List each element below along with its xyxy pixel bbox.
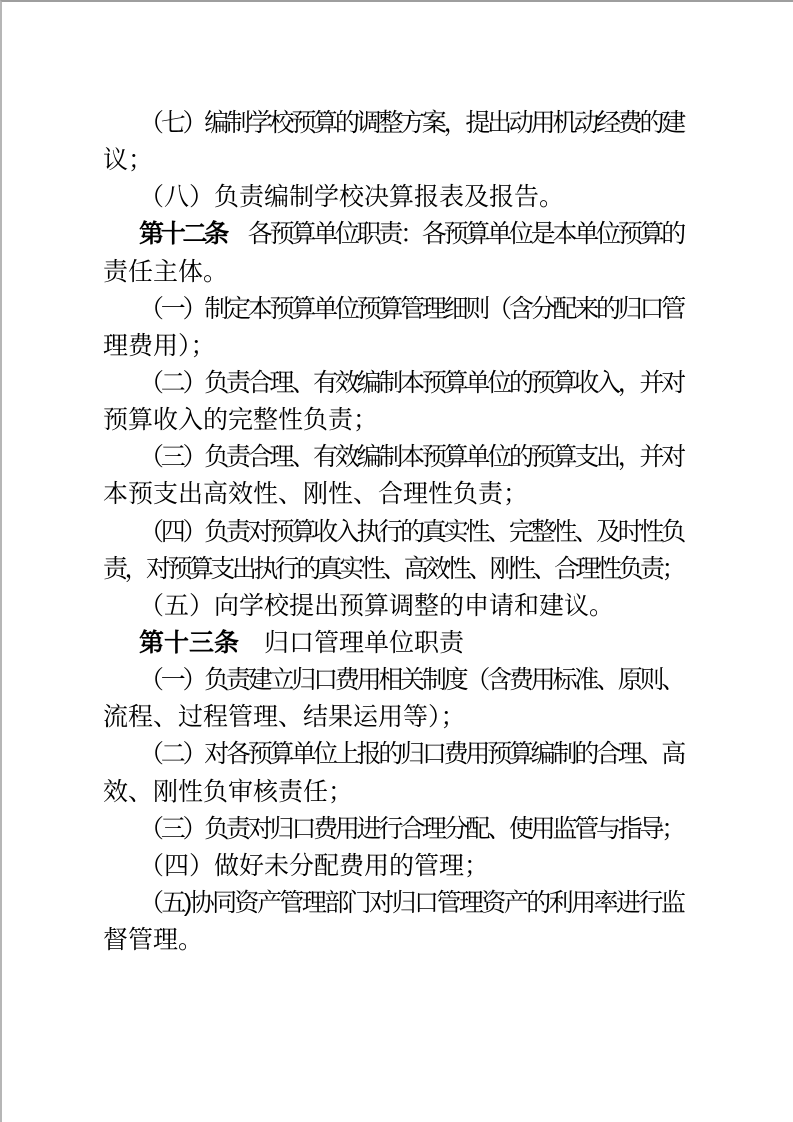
text-line-content: （三）负责合理、有效编制本预算单位的预算支出，并对 — [139, 443, 683, 471]
text-line-content: （三）负责对归口费用进行合理分配、使用监管与指导； — [139, 815, 683, 843]
text-line-content: 责任主体。 — [103, 258, 228, 286]
text-line-content: 归口管理单位职责 — [239, 629, 464, 657]
text-line: （五)协同资产管理部门对归口管理资产的利用率进行监 — [103, 885, 683, 922]
text-line: 预算收入的完整性负责； — [103, 402, 683, 439]
text-line: 流程、过程管理、结果运用等）； — [103, 699, 683, 736]
text-line: （一）制定本预算单位预算管理细则（含分配来的归口管 — [103, 291, 683, 328]
text-line: （二）负责合理、有效编制本预算单位的预算收入，并对 — [103, 365, 683, 402]
text-line: 第十二条 各预算单位职责：各预算单位是本单位预算的 — [103, 216, 683, 253]
text-line-content: （五）向学校提出预算调整的申请和建议。 — [139, 592, 614, 620]
text-line-content: （四）负责对预算收入执行的真实性、完整性、及时性负 — [139, 518, 683, 546]
text-line-content: 督管理。 — [103, 926, 203, 954]
text-line-content: 流程、过程管理、结果运用等）； — [103, 703, 466, 731]
text-line: （四）做好未分配费用的管理； — [103, 848, 683, 885]
text-line-content: （五)协同资产管理部门对归口管理资产的利用率进行监 — [139, 889, 683, 917]
text-line-content: 理费用）； — [103, 332, 216, 360]
text-line: 责，对预算支出执行的真实性、高效性、刚性、合理性负责； — [103, 551, 683, 588]
article-number-heading: 第十三条 — [139, 629, 239, 657]
text-line: （一）负责建立归口费用相关制度（含费用标准、原则、 — [103, 662, 683, 699]
text-line: 本预支出高效性、刚性、合理性负责； — [103, 476, 683, 513]
document-page: （七）编制学校预算的调整方案，提出动用机动经费的建 议； （八）负责编制学校决算… — [0, 0, 793, 1122]
document-text-block: （七）编制学校预算的调整方案，提出动用机动经费的建 议； （八）负责编制学校决算… — [103, 105, 683, 959]
text-line-content: 效、刚性负审核责任； — [103, 778, 353, 806]
text-line: 议； — [103, 142, 683, 179]
text-line-content: （八）负责编制学校决算报表及报告。 — [139, 183, 564, 211]
text-line-content: （二）对各预算单位上报的归口费用预算编制的合理、高 — [139, 740, 683, 768]
text-line: （八）负责编制学校决算报表及报告。 — [103, 179, 683, 216]
text-line: （三）负责合理、有效编制本预算单位的预算支出，并对 — [103, 439, 683, 476]
text-line: （二）对各预算单位上报的归口费用预算编制的合理、高 — [103, 736, 683, 773]
text-line-content: 本预支出高效性、刚性、合理性负责； — [103, 480, 528, 508]
text-line-content: （二）负责合理、有效编制本预算单位的预算收入，并对 — [139, 369, 683, 397]
text-line: （四）负责对预算收入执行的真实性、完整性、及时性负 — [103, 514, 683, 551]
text-line: 理费用）； — [103, 328, 683, 365]
text-line: （三）负责对归口费用进行合理分配、使用监管与指导； — [103, 811, 683, 848]
text-line: （五）向学校提出预算调整的申请和建议。 — [103, 588, 683, 625]
text-line-content: 预算收入的完整性负责； — [103, 406, 378, 434]
text-line: （七）编制学校预算的调整方案，提出动用机动经费的建 — [103, 105, 683, 142]
text-line: 督管理。 — [103, 922, 683, 959]
text-line: 责任主体。 — [103, 254, 683, 291]
text-line: 效、刚性负审核责任； — [103, 774, 683, 811]
text-line-content: （一）负责建立归口费用相关制度（含费用标准、原则、 — [139, 666, 683, 694]
text-line-content: （四）做好未分配费用的管理； — [139, 852, 489, 880]
text-line: 第十三条 归口管理单位职责 — [103, 625, 683, 662]
text-line-content: （一）制定本预算单位预算管理细则（含分配来的归口管 — [139, 295, 683, 323]
text-line-content: 各预算单位职责：各预算单位是本单位预算的 — [226, 220, 683, 248]
text-line-content: 责，对预算支出执行的真实性、高效性、刚性、合理性负责； — [103, 555, 683, 583]
text-line-content: （七）编制学校预算的调整方案，提出动用机动经费的建 — [139, 109, 683, 137]
article-number-heading: 第十二条 — [139, 220, 226, 248]
text-line-content: 议； — [103, 146, 153, 174]
